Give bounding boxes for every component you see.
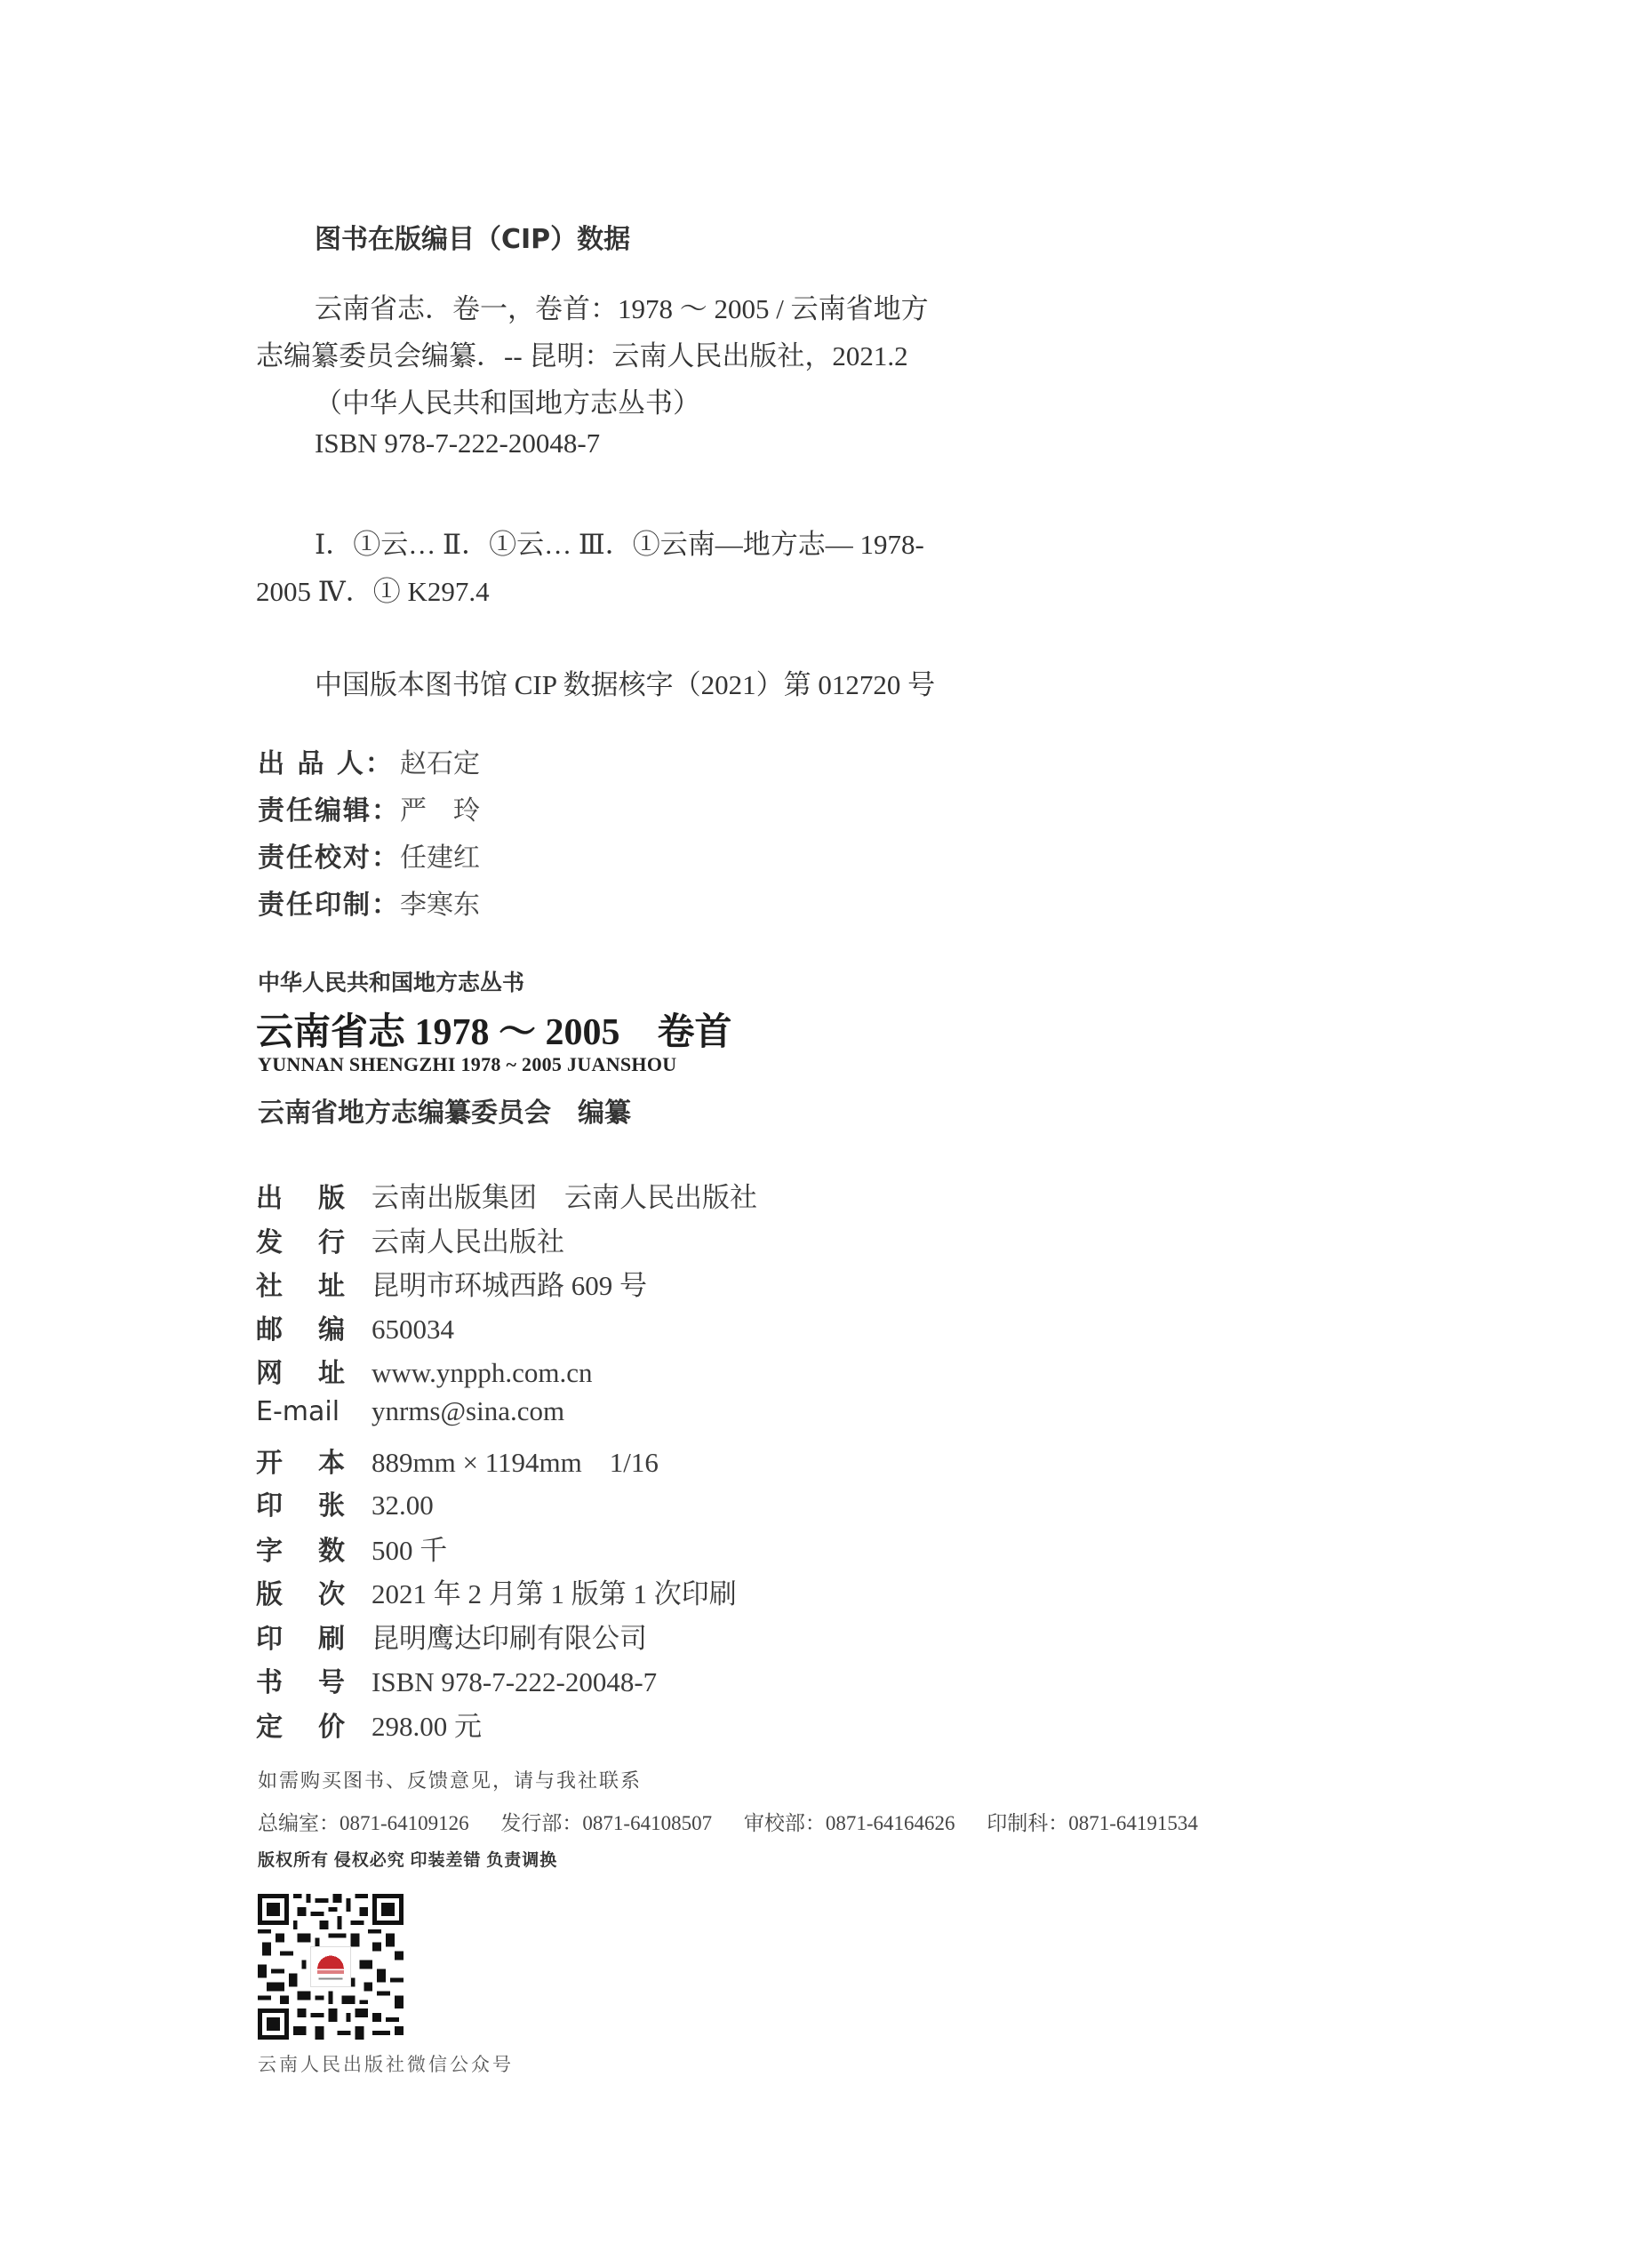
- pub-row-wordcount: 字数 500 千: [256, 1528, 757, 1572]
- pub-value: 32.00: [372, 1489, 434, 1521]
- pub-value: 昆明市环城西路 609 号: [372, 1263, 647, 1303]
- pub-label: 印: [256, 1617, 283, 1656]
- rights-notice: 版权所有 侵权必究 印装差错 负责调换: [258, 1847, 557, 1871]
- cip-classification: Ⅰ．①云… Ⅱ．①云… Ⅲ．①云南—地方志— 1978-: [315, 522, 924, 562]
- staff-editor: 责任编辑： 严 玲: [258, 788, 480, 827]
- phone-number: 0871-64109126: [340, 1812, 469, 1834]
- pub-value: ISBN 978-7-222-20048-7: [372, 1666, 657, 1698]
- pub-value: 889mm × 1194mm 1/16: [372, 1440, 659, 1480]
- staff-label: 责任编辑：: [258, 788, 400, 827]
- phone-dept: 发行部：: [500, 1812, 582, 1834]
- pub-row-address: 社址 昆明市环城西路 609 号: [256, 1263, 757, 1307]
- pub-row-edition: 版次 2021 年 2 月第 1 版第 1 次印刷: [256, 1571, 757, 1616]
- pub-label: 址: [318, 1351, 345, 1390]
- pub-label: 版: [318, 1176, 345, 1215]
- staff-producer: 出 品 人： 赵石定: [258, 741, 480, 780]
- pub-label: 印: [256, 1483, 283, 1522]
- contact-intro: 如需购买图书、反馈意见，请与我社联系: [258, 1766, 642, 1793]
- phone-number: 0871-64108507: [582, 1812, 712, 1834]
- website-link[interactable]: www.ynpph.com.cn: [372, 1357, 593, 1389]
- phone-dept: 审校部：: [744, 1812, 826, 1834]
- pub-row-website: 网址 www.ynpph.com.cn: [256, 1351, 757, 1395]
- series-name: 中华人民共和国地方志丛书: [258, 965, 524, 997]
- publication-info: 出版 云南出版集团 云南人民出版社 发行 云南人民出版社 社址 昆明市环城西路 …: [256, 1175, 757, 1748]
- cip-line: 志编纂委员会编纂．-- 昆明：云南人民出版社，2021.2: [256, 333, 908, 373]
- pub-value: 云南出版集团 云南人民出版社: [372, 1175, 757, 1215]
- pub-label: 书: [256, 1660, 283, 1699]
- cip-classification: 2005 Ⅳ．① K297.4: [256, 569, 490, 609]
- staff-printing: 责任印制： 李寒东: [258, 882, 480, 922]
- pub-label: 邮: [256, 1307, 283, 1346]
- staff-proofreader: 责任校对： 任建红: [258, 835, 480, 874]
- pub-value: 500 千: [372, 1528, 447, 1568]
- phone-dept: 总编室：: [258, 1812, 340, 1834]
- pub-row-distributor: 发行 云南人民出版社: [256, 1219, 757, 1264]
- pub-row-sheets: 印张 32.00: [256, 1483, 757, 1528]
- pub-label: 社: [256, 1264, 283, 1303]
- pub-row-format: 开本 889mm × 1194mm 1/16: [256, 1440, 757, 1484]
- pub-label: 开: [256, 1441, 283, 1480]
- email-link[interactable]: ynrms@sina.com: [372, 1395, 564, 1427]
- book-editor: 云南省地方志编纂委员会 编纂: [258, 1090, 631, 1130]
- pub-label: 刷: [318, 1617, 345, 1656]
- pub-label: 价: [318, 1705, 345, 1744]
- staff-value: 赵石定: [400, 741, 480, 780]
- pub-label: 号: [318, 1660, 345, 1699]
- book-title-pinyin: YUNNAN SHENGZHI 1978 ~ 2005 JUANSHOU: [258, 1053, 676, 1076]
- pub-row-isbn: 书号 ISBN 978-7-222-20048-7: [256, 1660, 757, 1705]
- qr-code-icon[interactable]: [258, 1893, 404, 2040]
- staff-label: 责任印制：: [258, 882, 400, 922]
- pub-label: 数: [318, 1529, 345, 1568]
- pub-row-price: 定价 298.00 元: [256, 1704, 757, 1748]
- pub-label: 编: [318, 1307, 345, 1346]
- book-title: 云南省志 1978 ～ 2005 卷首: [256, 1002, 732, 1056]
- cip-line: 云南省志．卷一，卷首：1978 ～ 2005 / 云南省地方: [315, 286, 929, 326]
- pub-row-postcode: 邮编 650034: [256, 1307, 757, 1352]
- phone-review: 审校部：0871-64164626: [744, 1807, 955, 1836]
- phone-distribution: 发行部：0871-64108507: [500, 1807, 712, 1836]
- pub-label: 次: [318, 1572, 345, 1611]
- pub-label: 定: [256, 1705, 283, 1744]
- phone-printing: 印制科：0871-64191534: [987, 1807, 1198, 1836]
- pub-label: 字: [256, 1529, 283, 1568]
- pub-label: 张: [318, 1483, 345, 1522]
- pub-row-email: E-mail ynrms@sina.com: [256, 1395, 757, 1440]
- pub-label: 址: [318, 1264, 345, 1303]
- staff-label: 责任校对：: [258, 835, 400, 874]
- cip-isbn: ISBN 978-7-222-20048-7: [315, 427, 600, 459]
- cip-line: （中华人民共和国地方志丛书）: [315, 380, 700, 420]
- pub-value: 650034: [372, 1314, 454, 1346]
- staff-label: 出 品 人：: [258, 741, 400, 780]
- pub-label: 出: [256, 1176, 283, 1215]
- pub-row-printer: 印刷 昆明鹰达印刷有限公司: [256, 1616, 757, 1660]
- phone-number: 0871-64191534: [1068, 1812, 1198, 1834]
- pub-value: 昆明鹰达印刷有限公司: [372, 1616, 647, 1656]
- staff-value: 李寒东: [400, 882, 480, 922]
- pub-label: 网: [256, 1351, 283, 1390]
- pub-row-publisher: 出版 云南出版集团 云南人民出版社: [256, 1175, 757, 1219]
- pub-label: 版: [256, 1572, 283, 1611]
- pub-label: 本: [318, 1441, 345, 1480]
- pub-value: 2021 年 2 月第 1 版第 1 次印刷: [372, 1571, 737, 1611]
- contact-phones: 总编室：0871-64109126 发行部：0871-64108507 审校部：…: [258, 1807, 1225, 1836]
- pub-label: 行: [318, 1220, 345, 1259]
- cip-number: 中国版本图书馆 CIP 数据核字（2021）第 012720 号: [315, 662, 935, 702]
- pub-value: 298.00 元: [372, 1704, 482, 1744]
- pub-label: E-mail: [256, 1396, 372, 1427]
- phone-dept: 印制科：: [987, 1812, 1068, 1834]
- staff-value: 任建红: [400, 835, 480, 874]
- qr-caption: 云南人民出版社微信公众号: [258, 2050, 514, 2077]
- phone-number: 0871-64164626: [826, 1812, 955, 1834]
- pub-label: 发: [256, 1220, 283, 1259]
- phone-editorial: 总编室：0871-64109126: [258, 1807, 469, 1836]
- staff-value: 严 玲: [400, 788, 480, 827]
- pub-value: 云南人民出版社: [372, 1219, 564, 1259]
- cip-title: 图书在版编目（CIP）数据: [315, 217, 630, 256]
